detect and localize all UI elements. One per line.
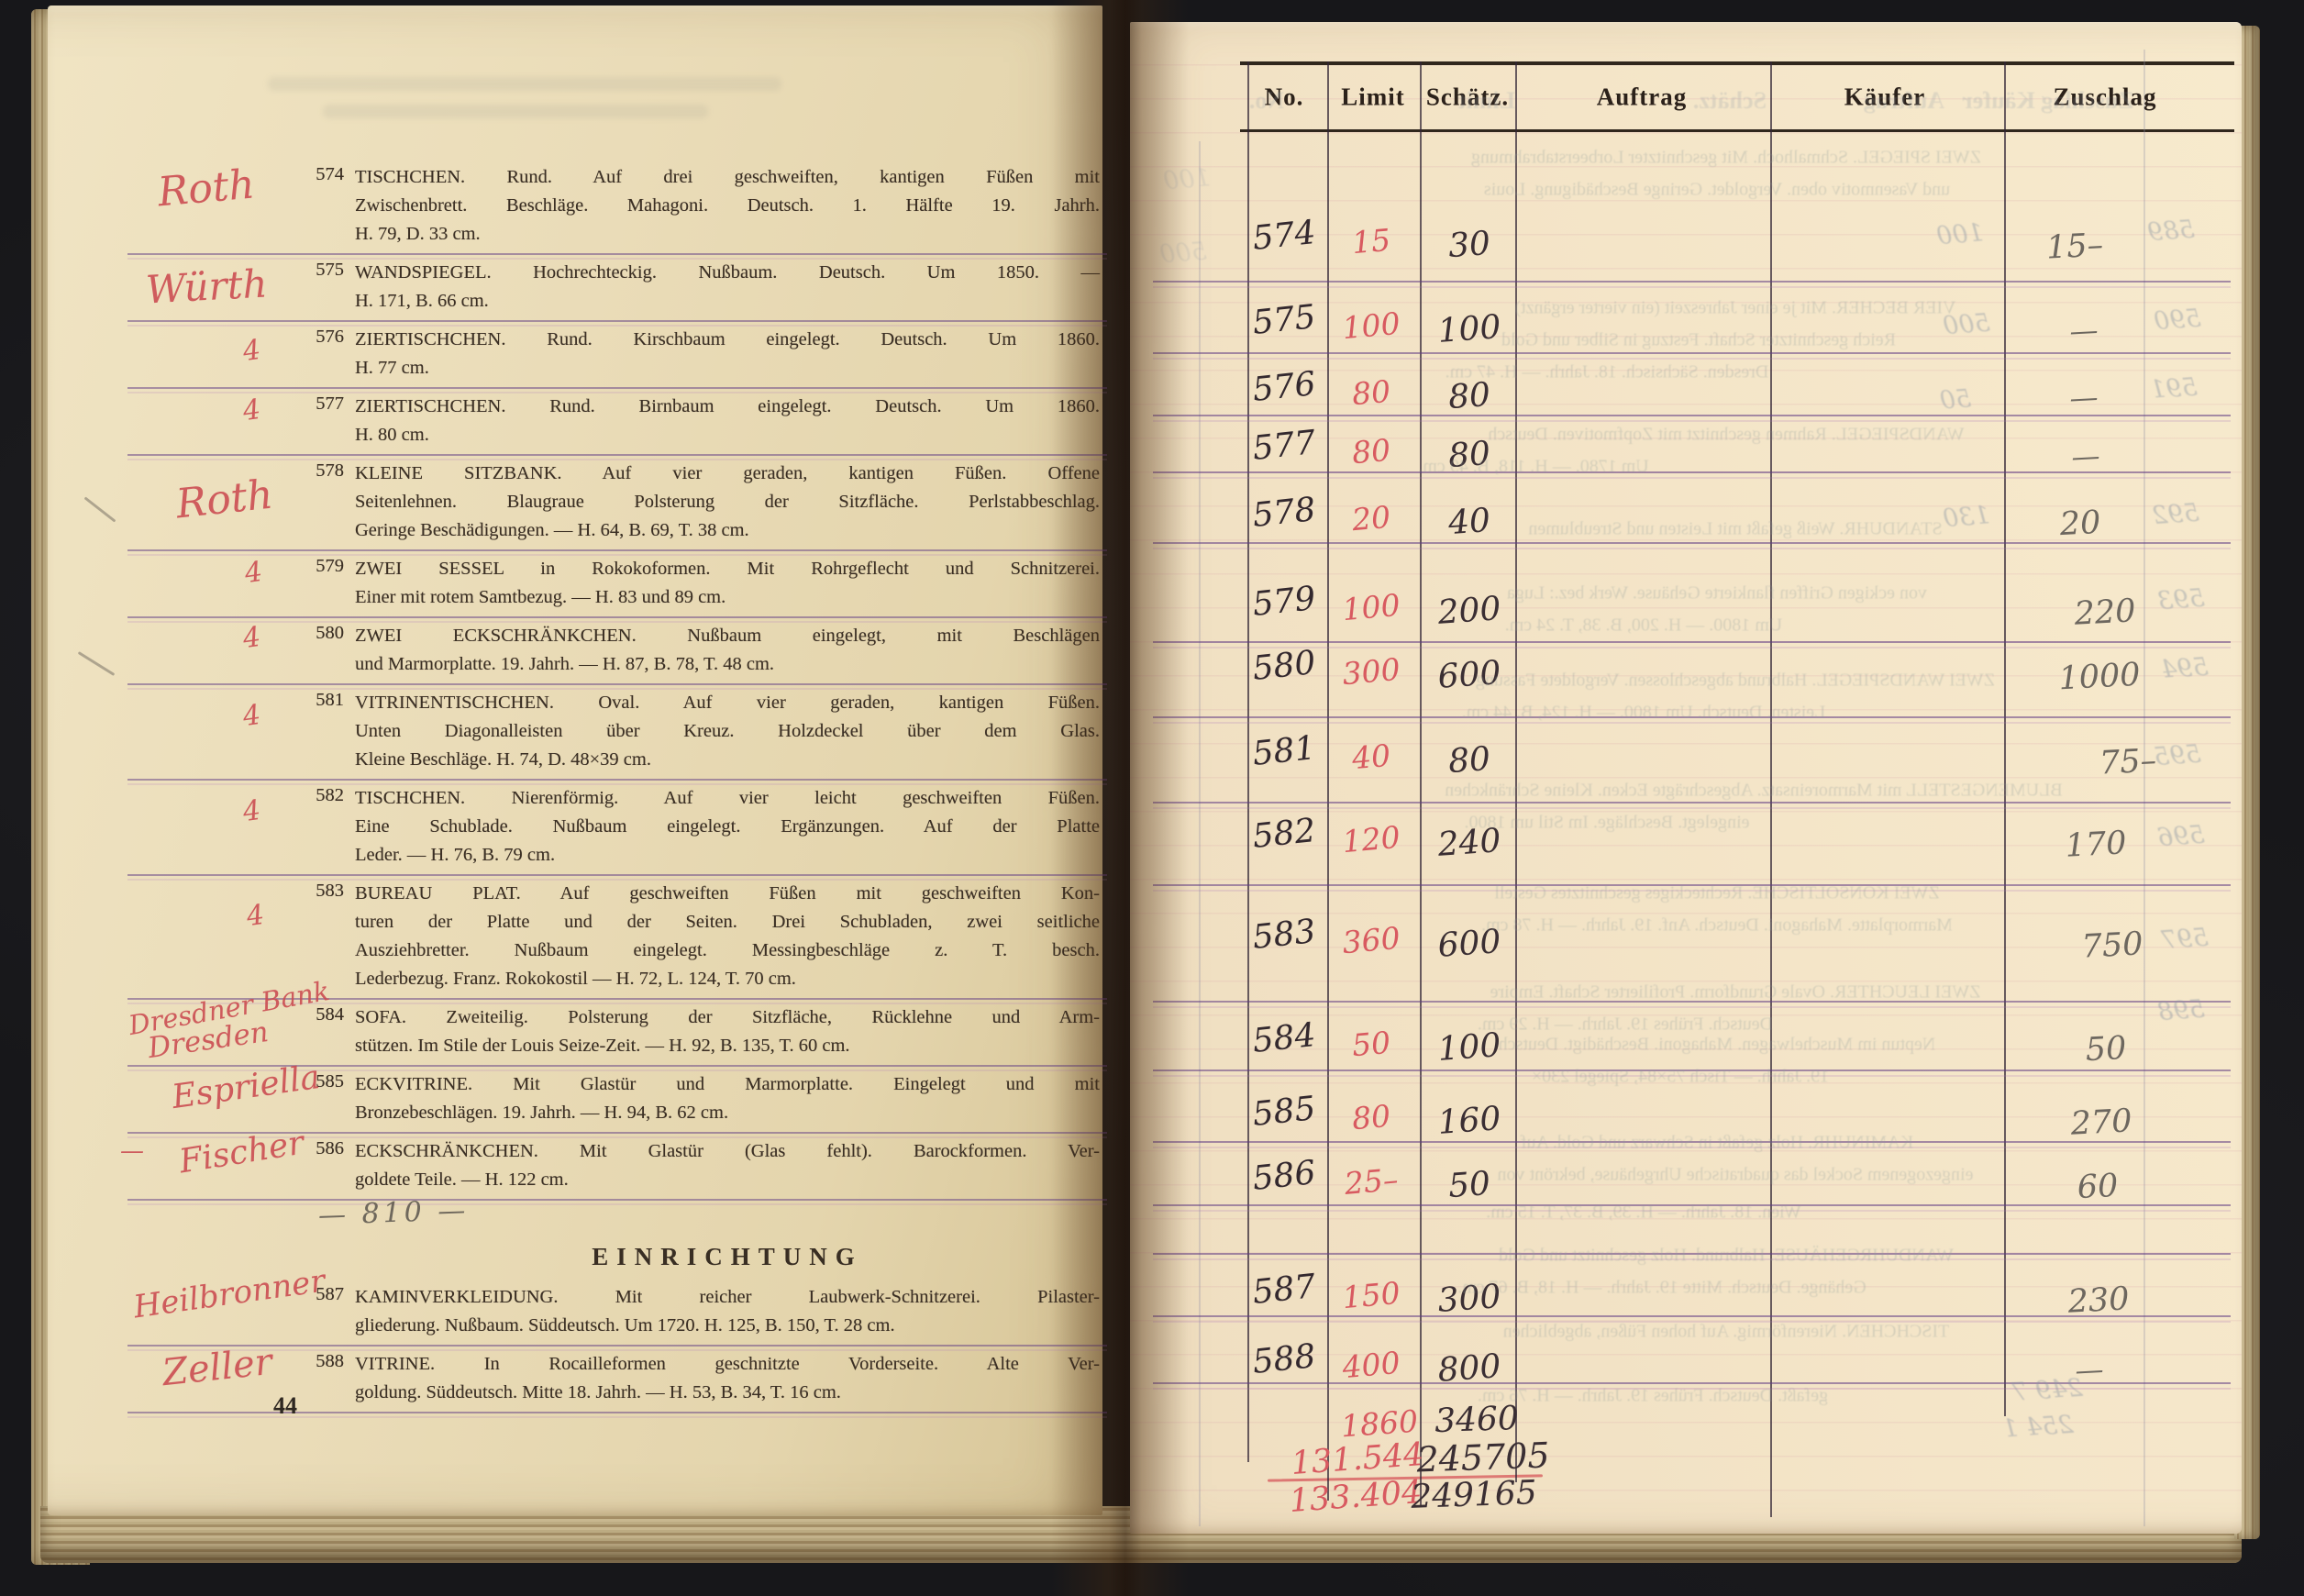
cell-estimate-value: 800 [1436, 1347, 1501, 1390]
bleedthrough-text-line: ZWEI SPIEGEL. Schmalhoch. Mit geschnitzt… [1471, 148, 1981, 169]
catalog-entry: 580ZWEI ECKSCHRÄNKCHEN. Nußbaum eingeleg… [355, 618, 1100, 685]
catalog-entry: 586ECKSCHRÄNKCHEN. Mit Glastür (Glas feh… [355, 1134, 1100, 1201]
bleedthrough-number: 597 [2160, 924, 2210, 956]
entry-number: 575 [278, 260, 344, 281]
cell-hammer-price: 20 [2059, 504, 2102, 543]
ledger-faint-column-rule [2143, 50, 2145, 1526]
catalog-entry: 587KAMINVERKLEIDUNG. Mit reicher Laubwer… [355, 1280, 1100, 1347]
margin-dash: — [120, 1137, 144, 1165]
bleedthrough-text-line: gefaßt. Deutsch. Frühes 19. Jahrh. — H. … [1478, 1386, 1828, 1407]
grand-total-limit: 133.404 [1288, 1474, 1423, 1520]
cell-limit-value: 100 [1341, 305, 1401, 346]
entry-text-line: Eine Schublade. Nußbaum eingelegt. Ergän… [355, 813, 1100, 841]
entry-text-line: Lederbezug. Franz. Rokokostil — H. 72, L… [355, 965, 1100, 993]
cell-limit-value: 100 [1341, 587, 1401, 627]
bleedthrough-smudge [323, 105, 708, 118]
bleedthrough-text-line: Gehänge. Deutsch. Mitte 19. Jahrh. — H. … [1457, 1278, 1866, 1299]
bleedthrough-number: 100 [1935, 219, 1985, 251]
catalog-entry: 588VITRINE. In Rocailleformen geschnitzt… [355, 1347, 1100, 1413]
pencil-sum-note: — 810 — [355, 1201, 1100, 1234]
cell-lot-number: 575 [1251, 298, 1318, 342]
entry-text-line: ZWEI ECKSCHRÄNKCHEN. Nußbaum eingelegt, … [355, 622, 1100, 650]
catalog-entry: 576ZIERTISCHCHEN. Rund. Kirschbaum einge… [355, 322, 1100, 389]
grand-total-estimate: 249165 [1411, 1474, 1538, 1516]
entry-text-line: H. 77 cm. [355, 354, 1100, 382]
cell-estimate-value: 200 [1436, 590, 1501, 632]
cell-hammer-price: 1000 [2057, 657, 2141, 698]
entry-number: 578 [278, 460, 344, 482]
bleedthrough-text-line: und Vasenmotiv oben. Vergoldet. Geringe … [1484, 180, 1950, 201]
catalog-entry: 575WANDSPIEGEL. Hochrechteckig. Nußbaum.… [355, 255, 1100, 322]
margin-note-handwritten: 4 [241, 334, 263, 368]
table-header-rule [1240, 129, 2234, 132]
bleedthrough-text-line: ZWEI KONSOLTISCHE. Rechteckiges geschnit… [1494, 883, 1939, 904]
bleedthrough-text-line: Wien. 18. Jahrh. — H. 39, B. 37, T. 15 c… [1486, 1203, 1800, 1224]
entry-number: 576 [278, 327, 344, 348]
scanned-book-spread: 574TISCHCHEN. Rund. Auf drei geschweifte… [0, 0, 2304, 1596]
table-column-rule [1515, 61, 1517, 1482]
cell-hammer-price: 230 [2067, 1280, 2131, 1320]
cell-hammer-price: — [2069, 314, 2099, 349]
cell-limit-value: 80 [1350, 432, 1391, 471]
bleedthrough-text-line: Neptun im Muschelwagen. Mahagoni. Beschä… [1499, 1035, 1936, 1056]
entry-number: 574 [278, 164, 344, 185]
table-column-rule [1420, 61, 1422, 1506]
bleedthrough-text-line: Um 1780. — H. 118, B. 49 cm. [1418, 457, 1648, 478]
bleedthrough-text-line: 19. Jahrh. — Tisch 75×84, Spiegel 230× [1532, 1067, 1829, 1088]
bleedthrough-text-line: Deutsch. Frühes 19. Jahrh. — H. 29 cm. [1478, 1014, 1773, 1036]
bleedthrough-smudge [268, 77, 781, 91]
bleedthrough-text-line: TISCHCHEN. Nierenförmig. Auf hohen Füßen… [1503, 1322, 1950, 1343]
catalog-entry: 584SOFA. Zweiteilig. Polsterung der Sitz… [355, 1000, 1100, 1067]
entry-text-line: ECKSCHRÄNKCHEN. Mit Glastür (Glas fehlt)… [355, 1137, 1100, 1166]
bleedthrough-column-header: Zuschlag [2041, 87, 2133, 115]
margin-note-handwritten: 4 [241, 621, 263, 655]
section-heading: EINRICHTUNG [355, 1234, 1100, 1280]
bleedthrough-column-header: Limit [1458, 87, 1515, 115]
table-top-rule [1240, 61, 2234, 65]
entry-text-line: goldung. Süddeutsch. Mitte 18. Jahrh. — … [355, 1379, 1100, 1407]
catalog-entry: 578KLEINE SITZBANK. Auf vier geraden, ka… [355, 456, 1100, 551]
cell-lot-number: 582 [1251, 812, 1318, 856]
cell-lot-number: 585 [1251, 1090, 1318, 1134]
entry-text-line: Unten Diagonalleisten über Kreuz. Holzde… [355, 717, 1100, 746]
entry-number: 582 [278, 785, 344, 806]
catalog-entry: 583BUREAU PLAT. Auf geschweiften Füßen m… [355, 876, 1100, 1000]
margin-note-handwritten: Heilbronner [131, 1263, 327, 1326]
cell-limit-value: 40 [1350, 737, 1391, 777]
entry-text-line: VITRINE. In Rocailleformen geschnitzte V… [355, 1350, 1100, 1379]
cell-hammer-price: — [2071, 439, 2101, 474]
cell-lot-number: 583 [1251, 913, 1318, 957]
entry-text-line: Kleine Beschläge. H. 74, D. 48×39 cm. [355, 746, 1100, 774]
cell-estimate-value: 50 [1447, 1165, 1492, 1205]
bleedthrough-number: 592 [2151, 499, 2200, 531]
cell-limit-value: 120 [1341, 819, 1401, 859]
table-column-rule [1247, 61, 1249, 1462]
left-page: 574TISCHCHEN. Rund. Auf drei geschweifte… [48, 6, 1102, 1515]
bleedthrough-number: 591 [2149, 373, 2199, 405]
cell-limit-value: 300 [1341, 651, 1401, 692]
cell-estimate-value: 40 [1447, 502, 1492, 542]
bleedthrough-number: 593 [2156, 584, 2206, 616]
cell-estimate-value: 80 [1447, 740, 1492, 781]
margin-note-handwritten: 4 [243, 556, 265, 590]
entry-text-line: ZIERTISCHCHEN. Rund. Kirschbaum eingeleg… [355, 326, 1100, 354]
bleedthrough-text-line: VIER BECHER. Mit je einer Jahreszeit (ei… [1514, 298, 1955, 319]
catalog-entry: 581VITRINENTISCHCHEN. Oval. Auf vier ger… [355, 685, 1100, 781]
margin-note-handwritten: 4 [241, 393, 263, 427]
row-separator-rule [1153, 802, 2231, 804]
bleedthrough-text-line: ZWEI WANDSPIEGEL. Halbrund abgeschlossen… [1476, 671, 1995, 692]
entry-number: 583 [278, 881, 344, 902]
bleedthrough-number: 130 [1942, 502, 1991, 534]
entry-text-line: H. 79, D. 33 cm. [355, 220, 1100, 249]
cell-limit-value: 400 [1341, 1345, 1401, 1385]
cell-lot-number: 576 [1251, 365, 1318, 409]
entry-text-line: ZWEI SESSEL in Rokokoformen. Mit Rohrgef… [355, 555, 1100, 583]
entry-text-line: und Marmorplatte. 19. Jahrh. — H. 87, B.… [355, 650, 1100, 679]
cell-limit-value: 25– [1343, 1161, 1400, 1202]
cell-lot-number: 574 [1251, 214, 1318, 258]
bleedthrough-number: 590 [2153, 305, 2202, 337]
row-separator-rule [1153, 281, 2231, 283]
cell-lot-number: 587 [1251, 1268, 1318, 1312]
cell-limit-value: 20 [1350, 499, 1391, 538]
column-header: Auftrag [1597, 83, 1687, 112]
entry-text-line: BUREAU PLAT. Auf geschweiften Füßen mit … [355, 880, 1100, 908]
cell-estimate-value: 160 [1436, 1100, 1501, 1142]
bleedthrough-text-line: Reich geschnitzter Schaft. Festzug in Si… [1501, 330, 1896, 351]
bleedthrough-text-line: Marmorplatte. Mahagoni. Deutsch. Anf. 19… [1481, 915, 1953, 937]
margin-note-handwritten: Roth [156, 161, 257, 216]
margin-note-handwritten: 4 [241, 794, 263, 828]
cell-limit-value: 15 [1350, 222, 1391, 261]
entry-text-line: Bronzebeschlägen. 19. Jahrh. — H. 94, B.… [355, 1099, 1100, 1127]
cell-hammer-price: 170 [2065, 825, 2128, 864]
bleedthrough-number: 249 7 [2010, 1374, 2083, 1407]
bleedthrough-number: 500 [1158, 238, 1208, 270]
entry-text-line: Leder. — H. 76, B. 79 cm. [355, 841, 1100, 870]
cell-limit-value: 80 [1350, 373, 1391, 413]
margin-note-handwritten: Würth [145, 261, 269, 313]
bleedthrough-text-line: Dresden. Sächsisch. 18. Jahrh. — H. 47 c… [1446, 362, 1769, 383]
bleedthrough-number: 500 [1942, 309, 1991, 341]
entry-text-line: KAMINVERKLEIDUNG. Mit reicher Laubwerk-S… [355, 1283, 1100, 1312]
entry-text-line: H. 171, B. 66 cm. [355, 287, 1100, 316]
entry-number: 581 [278, 690, 344, 711]
entry-text-line: goldete Teile. — H. 122 cm. [355, 1166, 1100, 1194]
pencil-sum-text: — 810 — [317, 1194, 469, 1232]
cell-hammer-price: 50 [2085, 1030, 2128, 1069]
bleedthrough-text-line: BLUMENGESTELL mit Marmoreinsatz. Abgesch… [1445, 781, 2063, 802]
page-number: 44 [273, 1392, 297, 1420]
bleedthrough-number: 254 1 [2001, 1411, 2074, 1444]
entry-text-line: VITRINENTISCHCHEN. Oval. Auf vier gerade… [355, 689, 1100, 717]
margin-note-handwritten: 4 [241, 699, 263, 733]
cell-hammer-price: 15– [2045, 227, 2104, 266]
entry-number: 577 [278, 393, 344, 415]
column-header: Limit [1341, 83, 1405, 112]
bleedthrough-number: 594 [2160, 653, 2210, 685]
bleedthrough-text-line: Um 1800. — H. 200, B. 38, T. 24 cm. [1505, 615, 1783, 637]
cell-hammer-price: 75– [2099, 742, 2157, 781]
margin-note-handwritten: Zeller [161, 1341, 274, 1394]
bleedthrough-text-line: WANDUHRGEHÄUSE. Halbrund. Holz geschnitz… [1499, 1246, 1954, 1267]
bleedthrough-text-line: Leisten. Deutsch. Um 1800. — H. 124, B. … [1462, 703, 1826, 724]
row-separator-rule [1153, 415, 2231, 416]
table-column-rule [2004, 61, 2006, 1416]
margin-note-handwritten: Espriella [170, 1058, 322, 1116]
entry-text-line: ZIERTISCHCHEN. Rund. Birnbaum eingelegt.… [355, 393, 1100, 421]
entry-text-line: TISCHCHEN. Nierenförmig. Auf vier leicht… [355, 784, 1100, 813]
entry-text-line: H. 80 cm. [355, 421, 1100, 449]
catalog-entry: 574TISCHCHEN. Rund. Auf drei geschweifte… [355, 160, 1100, 255]
ledger-faint-column-rule [1199, 141, 1201, 1526]
cell-lot-number: 577 [1251, 424, 1318, 468]
cell-estimate-value: 100 [1436, 308, 1501, 350]
cell-estimate-value: 30 [1447, 225, 1492, 265]
entry-text-line: Einer mit rotem Samtbezug. — H. 83 und 8… [355, 583, 1100, 612]
pencil-stroke [78, 651, 116, 676]
bleedthrough-column-header: Käufer [1962, 87, 2034, 115]
entry-number: 579 [278, 556, 344, 577]
grand-total-estimate: 245705 [1416, 1435, 1551, 1480]
bleedthrough-column-header: No. [1249, 87, 1284, 115]
cell-limit-value: 50 [1350, 1025, 1391, 1064]
entry-text-line: gliederung. Nußbaum. Süddeutsch. Um 1720… [355, 1312, 1100, 1340]
entry-text-line: Geringe Beschädigungen. — H. 64, B. 69, … [355, 516, 1100, 545]
margin-note-handwritten: Roth [174, 471, 275, 528]
entry-text-line: KLEINE SITZBANK. Auf vier geraden, kanti… [355, 460, 1100, 488]
catalog-entry: 582TISCHCHEN. Nierenförmig. Auf vier lei… [355, 781, 1100, 876]
bleedthrough-text-line: WANDSPIEGEL. Rahmen geschnitzt mit Zopfm… [1488, 425, 1964, 446]
bleedthrough-number: 598 [2156, 995, 2206, 1027]
bleedthrough-text-line: von eckigen Griffen flankierte Gehäuse. … [1507, 583, 1927, 604]
bleedthrough-text-line: eingelegt. Beschläge. Im Stil um 1800. [1464, 813, 1749, 834]
entry-text-line: Zwischenbrett. Beschläge. Mahagoni. Deut… [355, 192, 1100, 220]
cell-lot-number: 581 [1251, 729, 1318, 773]
table-column-rule [1327, 61, 1329, 1501]
bleedthrough-number: 596 [2156, 821, 2206, 853]
entry-text-line: Seitenlehnen. Blaugraue Polsterung der S… [355, 488, 1100, 516]
bleedthrough-column-header: Schätz. [1693, 87, 1767, 115]
margin-note-handwritten: 4 [245, 899, 267, 933]
cell-hammer-price: 220 [2074, 593, 2137, 632]
entry-number: 580 [278, 623, 344, 644]
bleedthrough-number: 100 [1162, 164, 1212, 196]
cell-hammer-price: 270 [2070, 1103, 2133, 1142]
bleedthrough-text-line: KAMINUHR. Holz gefaßt in Schwarz und Gol… [1521, 1133, 1913, 1154]
bleedthrough-text-line: ZWEI LEUCHTER. Ovale Grundform. Profilie… [1490, 982, 1981, 1003]
pencil-stroke [84, 496, 116, 522]
catalog-entry: 579ZWEI SESSEL in Rokokoformen. Mit Rohr… [355, 551, 1100, 618]
catalog-entry: 577ZIERTISCHCHEN. Rund. Birnbaum eingele… [355, 389, 1100, 456]
bleedthrough-number: 50 [1939, 384, 1972, 415]
row-separator-rule [1153, 471, 2231, 473]
cell-limit-value: 150 [1341, 1275, 1401, 1315]
bleedthrough-text-line: STANDUHR. Weiß gefaßt mit Leisten und St… [1528, 519, 1942, 540]
right-page-ledger: No.LimitSchätz.AuftragKäuferZuschlagZusc… [1130, 22, 2242, 1534]
cell-lot-number: 586 [1251, 1154, 1318, 1198]
cell-limit-value: 80 [1350, 1098, 1391, 1137]
bleedthrough-number: 595 [2153, 740, 2202, 772]
cell-lot-number: 588 [1251, 1337, 1318, 1381]
cell-hammer-price: 750 [2081, 925, 2144, 965]
bleedthrough-column-header: Auftrag [1864, 87, 1944, 115]
entry-text-line: turen der Platte und der Seiten. Drei Sc… [355, 908, 1100, 937]
row-separator-rule [1153, 352, 2231, 354]
catalog-entry: 585ECKVITRINE. Mit Glastür und Marmorpla… [355, 1067, 1100, 1134]
entry-text-line: stützen. Im Stile der Louis Seize-Zeit. … [355, 1032, 1100, 1060]
bleedthrough-number: 589 [2146, 216, 2196, 248]
cell-hammer-price: — [2069, 381, 2099, 416]
cell-lot-number: 584 [1251, 1016, 1318, 1060]
entry-text-line: TISCHCHEN. Rund. Auf drei geschweiften, … [355, 163, 1100, 192]
entry-text-line: WANDSPIEGEL. Hochrechteckig. Nußbaum. De… [355, 259, 1100, 287]
entry-text-line: SOFA. Zweiteilig. Polsterung der Sitzflä… [355, 1003, 1100, 1032]
cell-limit-value: 360 [1341, 920, 1401, 960]
bleedthrough-text-line: eingezogenem Sockel das quadratische Uhr… [1498, 1165, 1974, 1186]
catalog-entries: 574TISCHCHEN. Rund. Auf drei geschweifte… [355, 160, 1100, 1413]
entry-number: 588 [278, 1351, 344, 1372]
row-separator-rule [1153, 641, 2231, 643]
cell-lot-number: 579 [1251, 580, 1318, 624]
cell-hammer-price: 60 [2077, 1168, 2120, 1206]
entry-text-line: Ausziehbretter. Nußbaum eingelegt. Messi… [355, 937, 1100, 965]
entry-text-line: ECKVITRINE. Mit Glastür und Marmorplatte… [355, 1070, 1100, 1099]
cell-lot-number: 580 [1251, 644, 1318, 688]
cell-lot-number: 578 [1251, 491, 1318, 535]
